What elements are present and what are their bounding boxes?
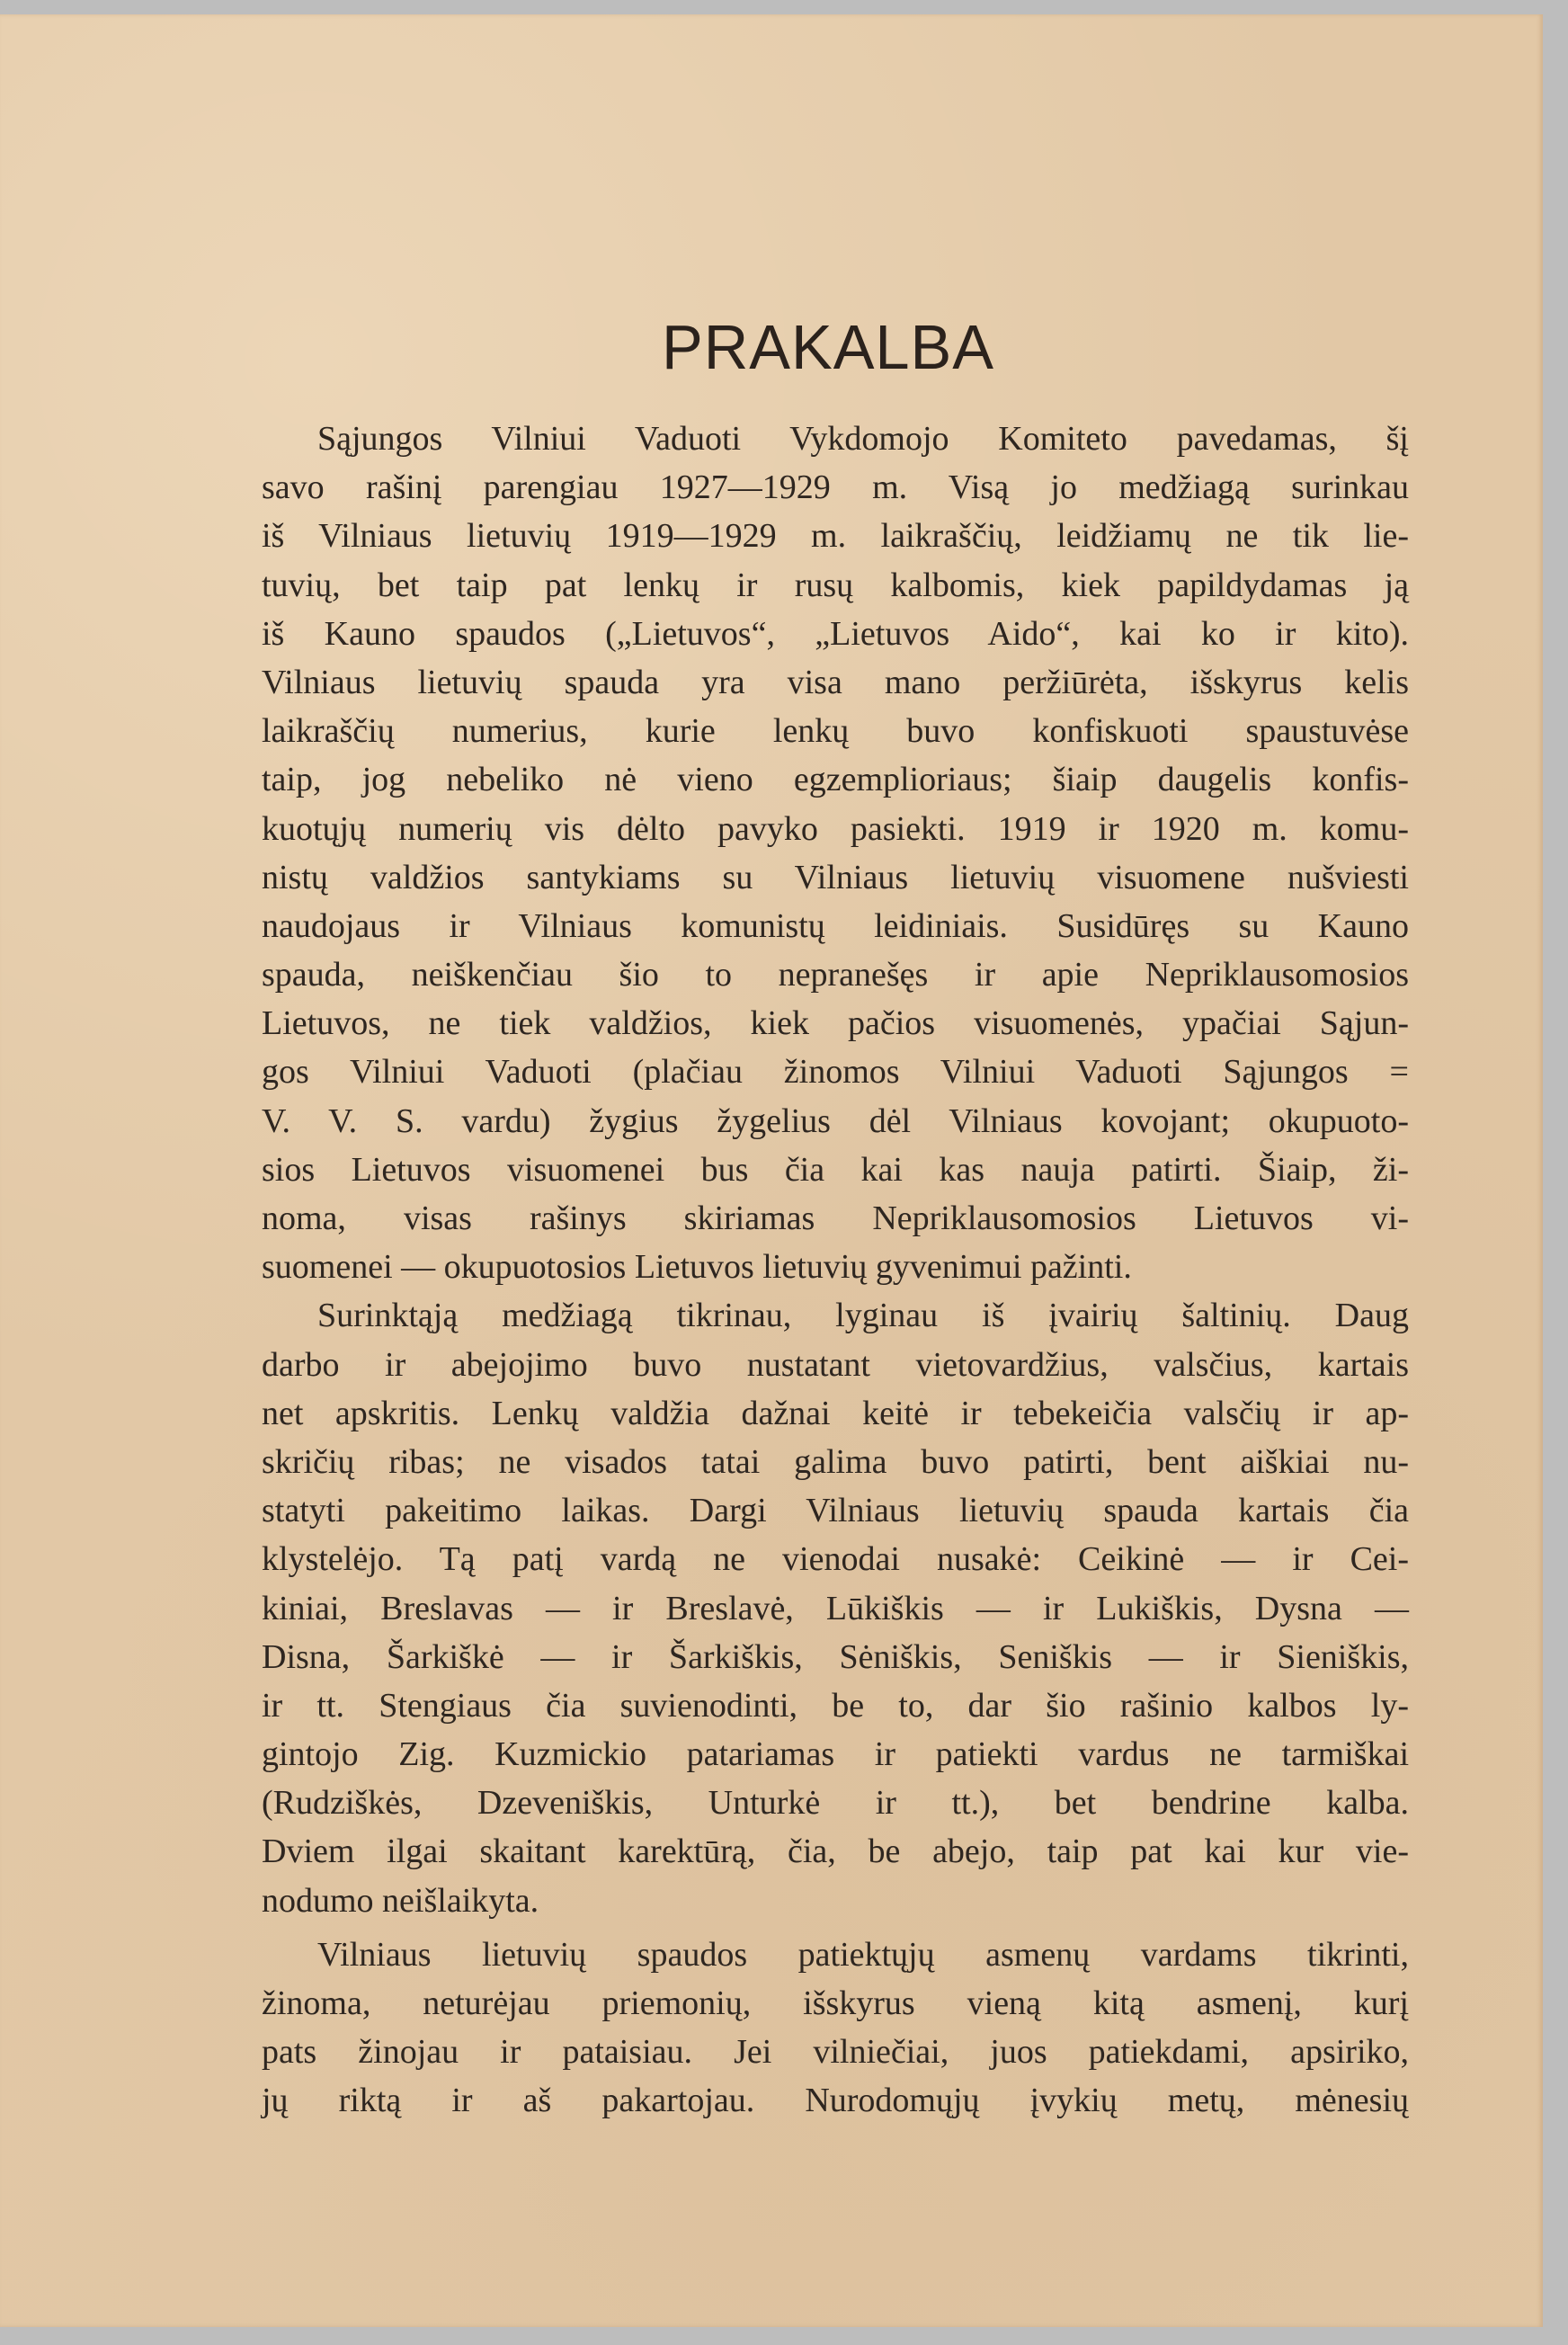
- page-title: PRAKALBA: [16, 316, 1568, 379]
- text-line: taip, jog nebeliko nė vieno egzemplioria…: [262, 755, 1409, 804]
- text-line: V. V. S. vardu) žygius žygelius dėl Viln…: [262, 1097, 1409, 1146]
- text-line: ir tt. Stengiaus čia suvienodinti, be to…: [262, 1681, 1409, 1730]
- text-line: kiniai, Breslavas — ir Breslavė, Lūkiški…: [262, 1584, 1409, 1633]
- text-line: jų riktą ir aš pakartojau. Nurodomųjų įv…: [262, 2076, 1409, 2125]
- text-line: statyti pakeitimo laikas. Dargi Vilniaus…: [262, 1486, 1409, 1535]
- paragraph-3: Vilniaus lietuvių spaudos patiektųjų asm…: [262, 1930, 1409, 2126]
- text-line: gos Vilniui Vaduoti (plačiau žinomos Vil…: [262, 1048, 1409, 1096]
- text-line: skričių ribas; ne visados tatai galima b…: [262, 1438, 1409, 1486]
- text-line: iš Kauno spaudos („Lietuvos“, „Lietuvos …: [262, 610, 1409, 658]
- text-line: net apskritis. Lenkų valdžia dažnai keit…: [262, 1389, 1409, 1438]
- text-line: pats žinojau ir pataisiau. Jei vilniečia…: [262, 2028, 1409, 2076]
- text-line: gintojo Zig. Kuzmickio patariamas ir pat…: [262, 1730, 1409, 1779]
- text-line: suomenei — okupuotosios Lietuvos lietuvi…: [262, 1243, 1409, 1291]
- paragraph-1: Sąjungos Vilniui Vaduoti Vykdomojo Komit…: [262, 415, 1409, 1291]
- text-line: iš Vilniaus lietuvių 1919—1929 m. laikra…: [262, 512, 1409, 560]
- text-line: žinoma, neturėjau priemonių, išskyrus vi…: [262, 1979, 1409, 2028]
- book-page: PRAKALBA Sąjungos Vilniui Vaduoti Vykdom…: [0, 14, 1543, 2327]
- text-line: nistų valdžios santykiams su Vilniaus li…: [262, 853, 1409, 902]
- text-line: Dviem ilgai skaitant karektūrą, čia, be …: [262, 1827, 1409, 1876]
- text-line: Disna, Šarkiškė — ir Šarkiškis, Sėniškis…: [262, 1633, 1409, 1681]
- text-line: nodumo neišlaikyta.: [262, 1877, 1409, 1925]
- text-line: kuotųjų numerių vis dėlto pavyko pasiekt…: [262, 805, 1409, 853]
- text-line: savo rašinį parengiau 1927—1929 m. Visą …: [262, 463, 1409, 512]
- body-text: Sąjungos Vilniui Vaduoti Vykdomojo Komit…: [262, 415, 1409, 2126]
- text-line: Vilniaus lietuvių spaudos patiektųjų asm…: [262, 1930, 1409, 1979]
- text-line: spauda, neiškenčiau šio to nepranešęs ir…: [262, 950, 1409, 999]
- text-line: sios Lietuvos visuomenei bus čia kai kas…: [262, 1146, 1409, 1194]
- text-line: (Rudziškės, Dzeveniškis, Unturkė ir tt.)…: [262, 1779, 1409, 1827]
- text-line: Lietuvos, ne tiek valdžios, kiek pačios …: [262, 999, 1409, 1048]
- text-line: Surinktąją medžiagą tikrinau, lyginau iš…: [262, 1291, 1409, 1340]
- text-line: naudojaus ir Vilniaus komunistų leidinia…: [262, 902, 1409, 950]
- text-line: laikraščių numerius, kurie lenkų buvo ko…: [262, 707, 1409, 755]
- text-line: noma, visas rašinys skiriamas Nepriklaus…: [262, 1194, 1409, 1243]
- text-line: tuvių, bet taip pat lenkų ir rusų kalbom…: [262, 561, 1409, 610]
- text-line: Sąjungos Vilniui Vaduoti Vykdomojo Komit…: [262, 415, 1409, 463]
- paragraph-2: Surinktąją medžiagą tikrinau, lyginau iš…: [262, 1291, 1409, 1924]
- text-line: darbo ir abejojimo buvo nustatant vietov…: [262, 1341, 1409, 1389]
- text-line: klystelėjo. Tą patį vardą ne vienodai nu…: [262, 1535, 1409, 1583]
- text-line: Vilniaus lietuvių spauda yra visa mano p…: [262, 658, 1409, 707]
